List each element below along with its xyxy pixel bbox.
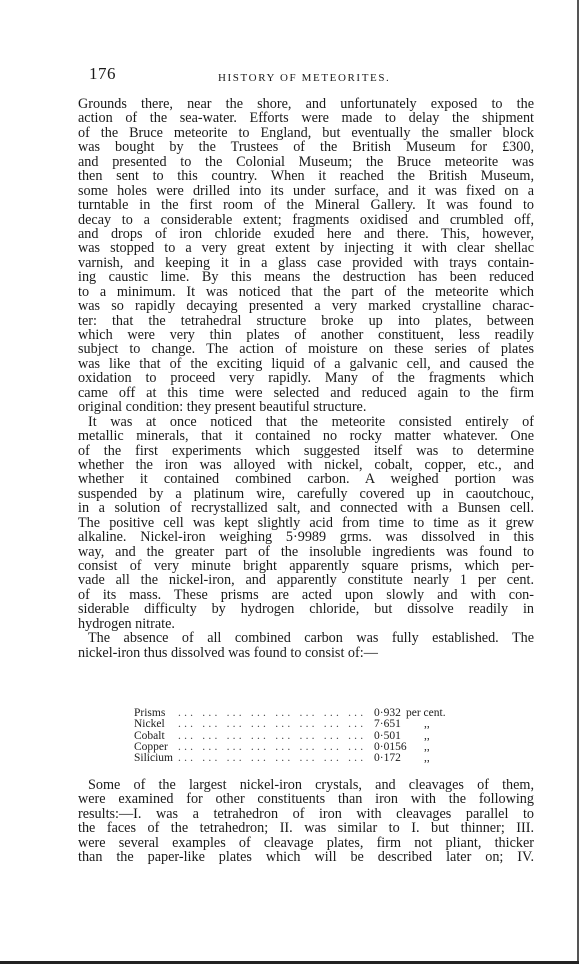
text-line: the faces of the tetrahedron; II. was si… [78,821,534,835]
paragraph-carbon: The absence of all combined carbon was f… [78,631,534,660]
text-line: nickel-iron thus dissolved was found to … [78,646,534,660]
running-title: HISTORY OF METEORITES. [218,72,390,84]
text-line: was like that of the exciting liquid of … [78,357,534,371]
text-line: siderable difficulty by hydrogen chlorid… [78,602,534,616]
component-unit: ,, [424,719,430,730]
text-line: It was at once noticed that the meteorit… [78,415,534,429]
text-line: whether it contained combined carbon. A … [78,472,534,486]
text-line: were several examples of cleavage plates… [78,836,534,850]
text-line: original condition: they present beautif… [78,400,534,414]
leader-dots: ... ... ... ... ... ... ... ... [178,719,376,730]
text-line: vade all the nickel-iron, and apparently… [78,573,534,587]
text-line: results:—I. was a tetrahedron of iron wi… [78,807,534,821]
text-line: action of the sea-water. Efforts were ma… [78,111,534,125]
text-line: ing caustic lime. By this means the dest… [78,270,534,284]
page-header: 176 HISTORY OF METEORITES. [0,64,579,84]
text-line: to a minimum. It was noticed that the pa… [78,285,534,299]
text-line: was stopped to a very great extent by in… [78,241,534,255]
text-line: of the Bruce meteorite to England, but e… [78,126,534,140]
text-line: was so rapidly decaying presented a very… [78,299,534,313]
text-line: ter: that the tetrahedral structure brok… [78,314,534,328]
text-line: way, and the greater part of the insolub… [78,545,534,559]
page-number: 176 [89,64,116,84]
text-line: than the paper-like plates which will be… [78,850,534,864]
component-label: Silicium [134,753,173,764]
text-line: were examined for other constituents tha… [78,792,534,806]
text-line: was bought by the Trustees of the Britis… [78,140,534,154]
text-line: The positive cell was kept slightly acid… [78,516,534,530]
table-row: Silicium ... ... ... ... ... ... ... ...… [134,753,434,764]
body-text: Grounds there, near the shore, and unfor… [78,97,534,660]
leader-dots: ... ... ... ... ... ... ... ... [178,753,376,764]
text-line: whether the iron was alloyed with nickel… [78,458,534,472]
text-line: oxidation to proceed very rapidly. Many … [78,371,534,385]
text-line: varnish, and keeping it in a glass case … [78,256,534,270]
text-line: some holes were drilled into its under s… [78,184,534,198]
text-line: which were very thin plates of another c… [78,328,534,342]
text-line: turntable in the first room of the Miner… [78,198,534,212]
component-label: Nickel [134,719,165,730]
paragraph-bruce-meteorite: Grounds there, near the shore, and unfor… [78,97,534,415]
text-line: metallic minerals, that it contained no … [78,429,534,443]
text-line: hydrogen nitrate. [78,617,534,631]
text-line: in a solution of recrystallized salt, an… [78,501,534,515]
text-line: The absence of all combined carbon was f… [78,631,534,645]
text-line: Grounds there, near the shore, and unfor… [78,97,534,111]
component-value: 0·172 [374,753,401,764]
text-line: Some of the largest nickel-iron crystals… [78,778,534,792]
text-line: suspended by a platinum wire, carefully … [78,487,534,501]
text-line: subject to change. The action of moistur… [78,342,534,356]
text-line: consist of very minute bright apparently… [78,559,534,573]
text-line: came off at this time were selected and … [78,386,534,400]
text-line: and drops of iron chloride exuded here a… [78,227,534,241]
component-value: 7·651 [374,719,401,730]
paragraph-crystals: Some of the largest nickel-iron crystals… [78,778,534,865]
composition-table: Prisms ... ... ... ... ... ... ... ... 0… [134,708,434,764]
table-row: Nickel ... ... ... ... ... ... ... ... 7… [134,719,434,730]
text-line: of the first experiments which suggested… [78,444,534,458]
text-line: decay to a considerable extent; fragment… [78,213,534,227]
paragraph-experiments: It was at once noticed that the meteorit… [78,415,534,632]
text-line: then sent to this country. When it reach… [78,169,534,183]
text-line: alkaline. Nickel-iron weighing 5·9989 gr… [78,530,534,544]
component-unit: ,, [424,753,430,764]
text-line: of its mass. These prisms are acted upon… [78,588,534,602]
text-line: and presented to the Colonial Museum; th… [78,155,534,169]
